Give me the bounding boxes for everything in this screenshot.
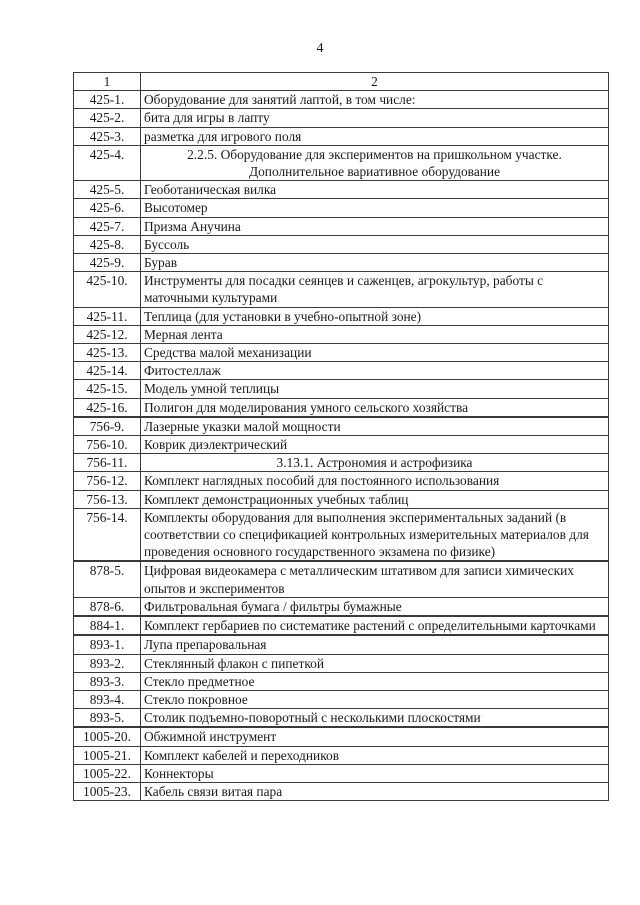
row-number: 425-11. <box>74 307 141 325</box>
row-description: Стекло предметное <box>141 672 609 690</box>
row-description: Лазерные указки малой мощности <box>141 417 609 436</box>
table-row: 425-4.2.2.5. Оборудование для эксперимен… <box>74 145 609 180</box>
row-number: 425-5. <box>74 181 141 199</box>
header-col-1: 1 <box>74 73 141 91</box>
row-description: Комплект наглядных пособий для постоянно… <box>141 472 609 490</box>
table-row: 425-12.Мерная лента <box>74 325 609 343</box>
row-description: Геоботаническая вилка <box>141 181 609 199</box>
row-description: Стекло покровное <box>141 690 609 708</box>
table-row: 878-6.Фильтровальная бумага / фильтры бу… <box>74 597 609 616</box>
page-number: 4 <box>0 41 640 57</box>
table-row: 756-14.Комплекты оборудования для выполн… <box>74 508 609 561</box>
row-description: Коврик диэлектрический <box>141 436 609 454</box>
table-row: 425-7.Призма Анучина <box>74 217 609 235</box>
row-number: 425-7. <box>74 217 141 235</box>
table-row: 425-8.Буссоль <box>74 235 609 253</box>
table-row: 425-14.Фитостеллаж <box>74 362 609 380</box>
table-row: 425-15.Модель умной теплицы <box>74 380 609 398</box>
header-col-2: 2 <box>141 73 609 91</box>
row-number: 425-13. <box>74 344 141 362</box>
table-row: 425-13.Средства малой механизации <box>74 344 609 362</box>
row-description: Призма Анучина <box>141 217 609 235</box>
table-row: 425-3.разметка для игрового поля <box>74 127 609 145</box>
row-number: 756-13. <box>74 490 141 508</box>
row-description: Обжимной инструмент <box>141 727 609 746</box>
row-number: 1005-22. <box>74 764 141 782</box>
row-description: Теплица (для установки в учебно-опытной … <box>141 307 609 325</box>
row-number: 425-3. <box>74 127 141 145</box>
row-description: Средства малой механизации <box>141 344 609 362</box>
table-row: 425-6.Высотомер <box>74 199 609 217</box>
row-number: 884-1. <box>74 616 141 635</box>
row-description: Лупа препаровальная <box>141 635 609 654</box>
row-number: 756-11. <box>74 454 141 472</box>
table-row: 425-16.Полигон для моделирования умного … <box>74 398 609 417</box>
table-row: 425-5.Геоботаническая вилка <box>74 181 609 199</box>
table-row: 893-5.Столик подъемно-поворотный с неско… <box>74 709 609 728</box>
table-row: 893-2.Стеклянный флакон с пипеткой <box>74 654 609 672</box>
equipment-table: 1 2 425-1.Оборудование для занятий лапто… <box>73 72 609 801</box>
row-number: 756-14. <box>74 508 141 561</box>
row-number: 425-1. <box>74 91 141 109</box>
row-number: 893-1. <box>74 635 141 654</box>
row-number: 893-3. <box>74 672 141 690</box>
row-description: Комплект кабелей и переходников <box>141 746 609 764</box>
row-number: 878-6. <box>74 597 141 616</box>
row-number: 878-5. <box>74 561 141 597</box>
row-description: Комплект демонстрационных учебных таблиц <box>141 490 609 508</box>
row-description: Комплект гербариев по систематике растен… <box>141 616 609 635</box>
row-description: Буссоль <box>141 235 609 253</box>
row-description: Кабель связи витая пара <box>141 782 609 800</box>
table-row: 756-11.3.13.1. Астрономия и астрофизика <box>74 454 609 472</box>
row-number: 756-12. <box>74 472 141 490</box>
table-row: 1005-22.Коннекторы <box>74 764 609 782</box>
table-row: 425-10.Инструменты для посадки сеянцев и… <box>74 272 609 307</box>
row-number: 425-10. <box>74 272 141 307</box>
section-heading: 2.2.5. Оборудование для экспериментов на… <box>141 145 609 180</box>
row-description: разметка для игрового поля <box>141 127 609 145</box>
row-number: 1005-23. <box>74 782 141 800</box>
table-row: 425-2.бита для игры в лапту <box>74 109 609 127</box>
table-row: 756-10.Коврик диэлектрический <box>74 436 609 454</box>
table-row: 756-13.Комплект демонстрационных учебных… <box>74 490 609 508</box>
row-number: 893-2. <box>74 654 141 672</box>
table-header-row: 1 2 <box>74 73 609 91</box>
row-number: 425-4. <box>74 145 141 180</box>
row-description: Мерная лента <box>141 325 609 343</box>
row-number: 893-5. <box>74 709 141 728</box>
row-number: 756-9. <box>74 417 141 436</box>
row-number: 425-12. <box>74 325 141 343</box>
row-description: Модель умной теплицы <box>141 380 609 398</box>
table-row: 884-1.Комплект гербариев по систематике … <box>74 616 609 635</box>
row-description: Бурав <box>141 254 609 272</box>
table-row: 1005-20.Обжимной инструмент <box>74 727 609 746</box>
table-row: 756-9.Лазерные указки малой мощности <box>74 417 609 436</box>
table-row: 756-12.Комплект наглядных пособий для по… <box>74 472 609 490</box>
row-description: Стеклянный флакон с пипеткой <box>141 654 609 672</box>
row-description: Столик подъемно-поворотный с несколькими… <box>141 709 609 728</box>
table-row: 893-3.Стекло предметное <box>74 672 609 690</box>
table-row: 893-1.Лупа препаровальная <box>74 635 609 654</box>
row-number: 756-10. <box>74 436 141 454</box>
row-number: 425-6. <box>74 199 141 217</box>
table-row: 893-4.Стекло покровное <box>74 690 609 708</box>
table-row: 425-1.Оборудование для занятий лаптой, в… <box>74 91 609 109</box>
row-description: Оборудование для занятий лаптой, в том ч… <box>141 91 609 109</box>
row-number: 1005-20. <box>74 727 141 746</box>
section-heading: 3.13.1. Астрономия и астрофизика <box>141 454 609 472</box>
row-number: 425-15. <box>74 380 141 398</box>
row-description: Фитостеллаж <box>141 362 609 380</box>
row-description: Инструменты для посадки сеянцев и саженц… <box>141 272 609 307</box>
row-description: Комплекты оборудования для выполнения эк… <box>141 508 609 561</box>
table-row: 425-9.Бурав <box>74 254 609 272</box>
table-row: 878-5.Цифровая видеокамера с металлическ… <box>74 561 609 597</box>
row-description: бита для игры в лапту <box>141 109 609 127</box>
row-description: Фильтровальная бумага / фильтры бумажные <box>141 597 609 616</box>
row-number: 425-16. <box>74 398 141 417</box>
row-description: Цифровая видеокамера с металлическим шта… <box>141 561 609 597</box>
table-body: 1 2 425-1.Оборудование для занятий лапто… <box>74 73 609 801</box>
row-number: 425-14. <box>74 362 141 380</box>
table-row: 1005-23.Кабель связи витая пара <box>74 782 609 800</box>
row-number: 1005-21. <box>74 746 141 764</box>
row-description: Высотомер <box>141 199 609 217</box>
table-row: 1005-21.Комплект кабелей и переходников <box>74 746 609 764</box>
row-number: 425-9. <box>74 254 141 272</box>
row-description: Коннекторы <box>141 764 609 782</box>
row-number: 893-4. <box>74 690 141 708</box>
table-row: 425-11.Теплица (для установки в учебно-о… <box>74 307 609 325</box>
row-number: 425-2. <box>74 109 141 127</box>
row-description: Полигон для моделирования умного сельско… <box>141 398 609 417</box>
row-number: 425-8. <box>74 235 141 253</box>
